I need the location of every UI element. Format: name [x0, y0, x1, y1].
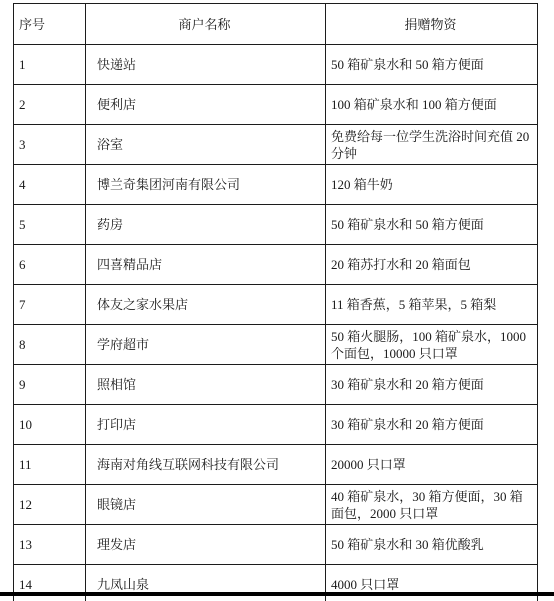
cell-merchant-name: 浴室 — [86, 125, 326, 165]
col-header-merchant-name: 商户名称 — [86, 4, 326, 45]
cell-index: 3 — [14, 125, 86, 165]
table-body: 1 快递站 50 箱矿泉水和 50 箱方便面 2 便利店 100 箱矿泉水和 1… — [14, 45, 538, 601]
cell-donated-goods: 50 箱矿泉水和 30 箱优酸乳 — [326, 525, 538, 565]
donation-table: 序号 商户名称 捐赠物资 1 快递站 50 箱矿泉水和 50 箱方便面 2 便利… — [13, 3, 538, 601]
table-row: 2 便利店 100 箱矿泉水和 100 箱方便面 — [14, 85, 538, 125]
cell-index: 11 — [14, 445, 86, 485]
table-row: 7 体友之家水果店 11 箱香蕉，5 箱苹果，5 箱梨 — [14, 285, 538, 325]
cell-donated-goods: 20 箱苏打水和 20 箱面包 — [326, 245, 538, 285]
cell-merchant-name: 眼镜店 — [86, 485, 326, 525]
table-row: 1 快递站 50 箱矿泉水和 50 箱方便面 — [14, 45, 538, 85]
cell-donated-goods: 免费给每一位学生洗浴时间充值 20 分钟 — [326, 125, 538, 165]
table-row: 4 博兰奇集团河南有限公司 120 箱牛奶 — [14, 165, 538, 205]
cell-index: 8 — [14, 325, 86, 365]
cell-donated-goods: 30 箱矿泉水和 20 箱方便面 — [326, 365, 538, 405]
cell-donated-goods: 120 箱牛奶 — [326, 165, 538, 205]
cell-merchant-name: 便利店 — [86, 85, 326, 125]
table-row: 13 理发店 50 箱矿泉水和 30 箱优酸乳 — [14, 525, 538, 565]
cell-merchant-name: 海南对角线互联网科技有限公司 — [86, 445, 326, 485]
cell-index: 1 — [14, 45, 86, 85]
table-row: 12 眼镜店 40 箱矿泉水，30 箱方便面，30 箱面包，2000 只口罩 — [14, 485, 538, 525]
cell-index: 12 — [14, 485, 86, 525]
col-header-index: 序号 — [14, 4, 86, 45]
table-row: 10 打印店 30 箱矿泉水和 20 箱方便面 — [14, 405, 538, 445]
cell-merchant-name: 博兰奇集团河南有限公司 — [86, 165, 326, 205]
header-row: 序号 商户名称 捐赠物资 — [14, 4, 538, 45]
cell-donated-goods: 20000 只口罩 — [326, 445, 538, 485]
cell-donated-goods: 30 箱矿泉水和 20 箱方便面 — [326, 405, 538, 445]
cell-donated-goods: 50 箱矿泉水和 50 箱方便面 — [326, 45, 538, 85]
cell-donated-goods: 50 箱矿泉水和 50 箱方便面 — [326, 205, 538, 245]
cell-index: 10 — [14, 405, 86, 445]
table-row: 8 学府超市 50 箱火腿肠，100 箱矿泉水，1000 个面包，10000 只… — [14, 325, 538, 365]
col-header-donated-goods: 捐赠物资 — [326, 4, 538, 45]
table-row: 6 四喜精品店 20 箱苏打水和 20 箱面包 — [14, 245, 538, 285]
table-row: 5 药房 50 箱矿泉水和 50 箱方便面 — [14, 205, 538, 245]
cell-donated-goods: 11 箱香蕉，5 箱苹果，5 箱梨 — [326, 285, 538, 325]
table-row: 3 浴室 免费给每一位学生洗浴时间充值 20 分钟 — [14, 125, 538, 165]
cell-donated-goods: 40 箱矿泉水，30 箱方便面，30 箱面包，2000 只口罩 — [326, 485, 538, 525]
cell-merchant-name: 打印店 — [86, 405, 326, 445]
page-bottom-rule — [0, 592, 554, 596]
cell-index: 9 — [14, 365, 86, 405]
document-page: 序号 商户名称 捐赠物资 1 快递站 50 箱矿泉水和 50 箱方便面 2 便利… — [0, 0, 554, 601]
cell-merchant-name: 照相馆 — [86, 365, 326, 405]
cell-donated-goods: 100 箱矿泉水和 100 箱方便面 — [326, 85, 538, 125]
cell-merchant-name: 体友之家水果店 — [86, 285, 326, 325]
cell-index: 6 — [14, 245, 86, 285]
cell-donated-goods: 50 箱火腿肠，100 箱矿泉水，1000 个面包，10000 只口罩 — [326, 325, 538, 365]
cell-merchant-name: 药房 — [86, 205, 326, 245]
cell-index: 2 — [14, 85, 86, 125]
cell-merchant-name: 快递站 — [86, 45, 326, 85]
cell-index: 4 — [14, 165, 86, 205]
cell-merchant-name: 理发店 — [86, 525, 326, 565]
cell-index: 7 — [14, 285, 86, 325]
cell-index: 5 — [14, 205, 86, 245]
cell-index: 13 — [14, 525, 86, 565]
cell-merchant-name: 学府超市 — [86, 325, 326, 365]
cell-merchant-name: 四喜精品店 — [86, 245, 326, 285]
table-row: 9 照相馆 30 箱矿泉水和 20 箱方便面 — [14, 365, 538, 405]
table-row: 11 海南对角线互联网科技有限公司 20000 只口罩 — [14, 445, 538, 485]
